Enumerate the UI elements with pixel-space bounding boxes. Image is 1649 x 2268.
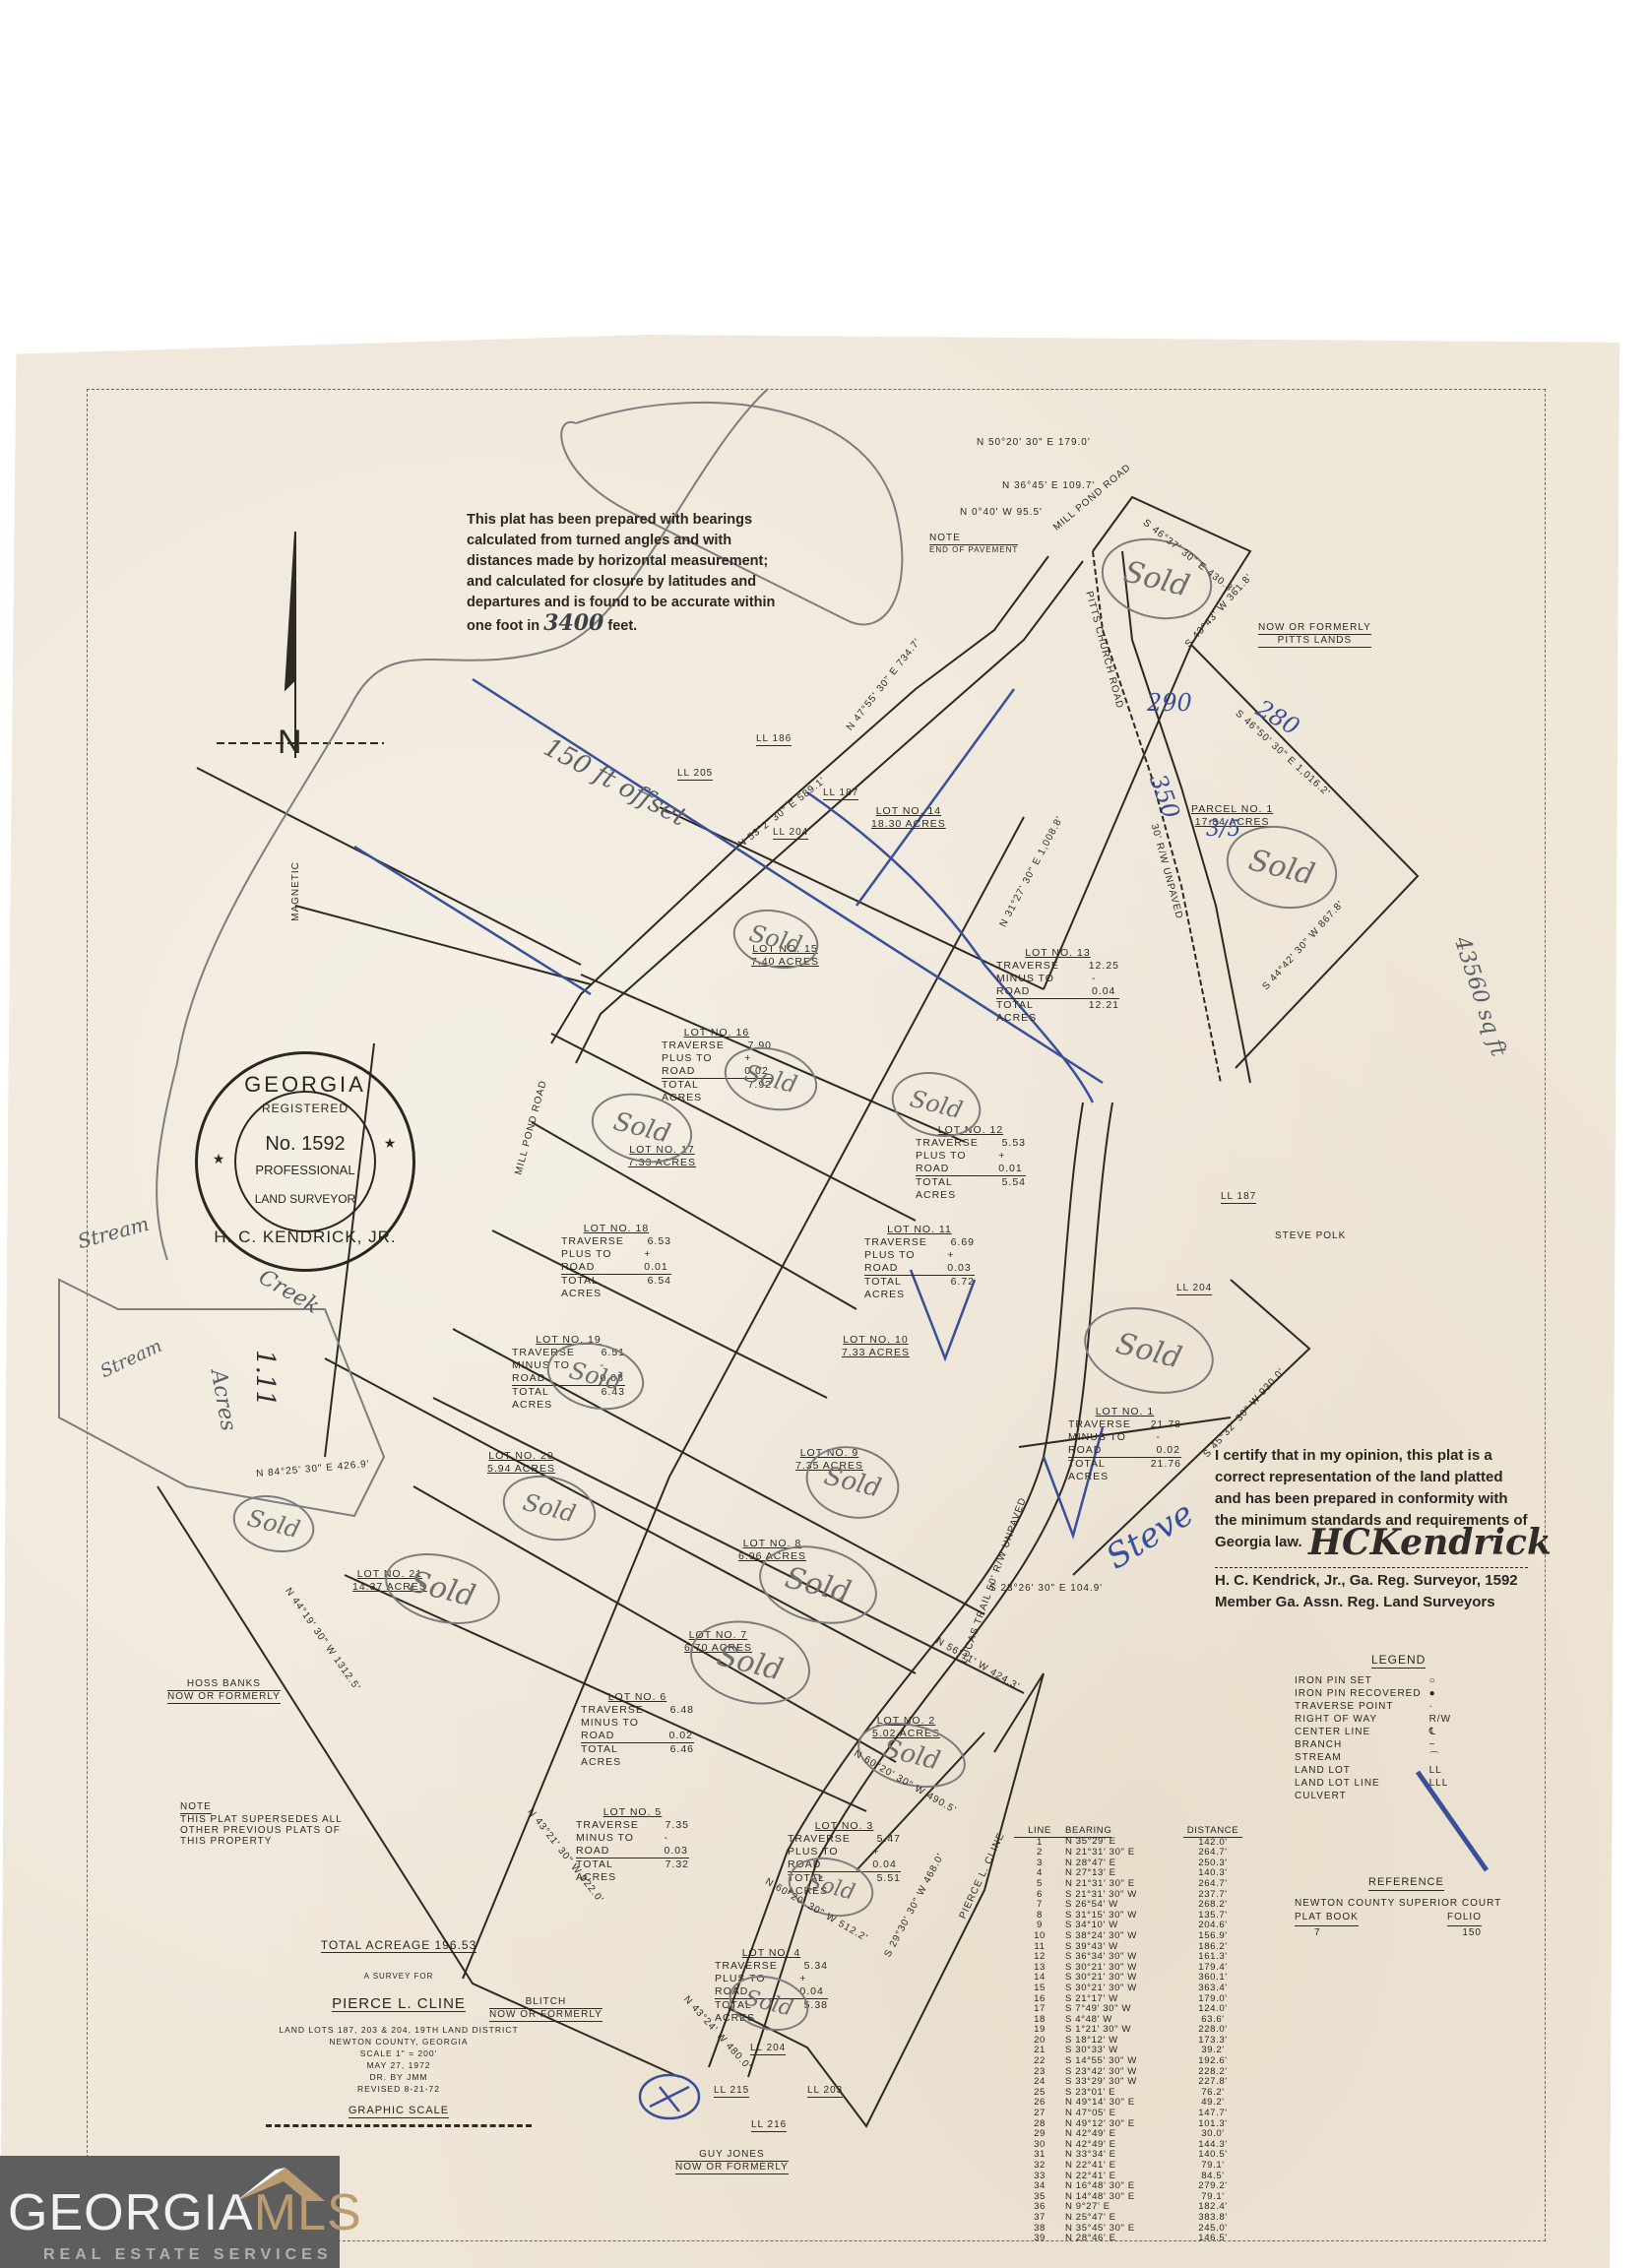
- graphic-scale-bar: [266, 2124, 532, 2130]
- adjoiner-steve-polk: STEVE POLK: [1275, 1230, 1346, 1241]
- parcel-1-name: PARCEL NO. 1: [1191, 803, 1273, 816]
- lot-4-name: LOT NO. 4: [715, 1947, 828, 1960]
- line-bearing: S 38°24' 30" W: [1065, 1931, 1183, 1942]
- legend-label: TRAVERSE POINT: [1295, 1700, 1429, 1713]
- legend-row: IRON PIN SET○: [1295, 1674, 1459, 1687]
- legend-symbol: R/W: [1429, 1713, 1459, 1726]
- legend-label: IRON PIN SET: [1295, 1674, 1429, 1687]
- plat-note-line-2: OTHER PREVIOUS PLATS OF: [180, 1825, 343, 1836]
- lot-18[interactable]: LOT NO. 18 TRAVERSE6.53 PLUS TO ROAD+ 0.…: [561, 1223, 671, 1300]
- lot-6-name: LOT NO. 6: [581, 1691, 694, 1704]
- adjoiner-pitts: NOW OR FORMERLY PITTS LANDS: [1258, 622, 1371, 648]
- lot-13[interactable]: LOT NO. 13 TRAVERSE12.25 MINUS TO ROAD- …: [996, 947, 1119, 1025]
- lot-4-traverse: 5.34: [804, 1960, 828, 1973]
- line-table-grid: LINE BEARING DISTANCE 1N 35°29' E142.0'2…: [1014, 1826, 1242, 2244]
- reference-block: REFERENCE NEWTON COUNTY SUPERIOR COURT P…: [1295, 1875, 1501, 1940]
- legend-symbol: ·: [1429, 1700, 1459, 1713]
- adjoiner-hoss-line2: NOW OR FORMERLY: [167, 1691, 281, 1704]
- drawn-by: DR. BY JMM: [236, 2071, 561, 2083]
- line-distance: 264.7': [1183, 1879, 1242, 1890]
- legend-title: LEGEND: [1371, 1654, 1426, 1669]
- lot-11[interactable]: LOT NO. 11 TRAVERSE6.69 PLUS TO ROAD+ 0.…: [864, 1224, 975, 1301]
- legend-symbol: LLL: [1429, 1777, 1459, 1790]
- ll-216: LL 216: [751, 2119, 787, 2132]
- lot-20[interactable]: LOT NO. 20 5.94 ACRES: [487, 1450, 555, 1476]
- legend-label: STREAM: [1295, 1751, 1429, 1764]
- legend-row: LAND LOT LINELLL: [1295, 1777, 1459, 1790]
- line-table-row: 37N 25°47' E383.8': [1014, 2213, 1242, 2224]
- lot-14-name: LOT NO. 14: [871, 805, 946, 818]
- adjoiner-pitts-line2: PITTS LANDS: [1258, 635, 1371, 648]
- legend-row: CULVERT: [1295, 1790, 1459, 1802]
- legend-symbol: ●: [1429, 1687, 1459, 1700]
- lot-13-adj: - 0.04: [1092, 973, 1119, 998]
- legend-symbol: ~: [1429, 1738, 1459, 1751]
- reference-folio: 150: [1462, 1926, 1482, 1940]
- line-number: 39: [1014, 2234, 1065, 2244]
- lot-10[interactable]: LOT NO. 10 7.33 ACRES: [842, 1334, 910, 1359]
- legend-symbol: [1429, 1790, 1459, 1802]
- lot-12-adj-label: PLUS TO ROAD: [916, 1150, 984, 1175]
- lot-5-total: 7.32: [666, 1858, 689, 1884]
- pavement-note: NOTE END OF PAVEMENT: [929, 533, 1018, 554]
- seal-name: H. C. KENDRICK, JR.: [198, 1228, 412, 1247]
- revised-date: REVISED 8-21-72: [236, 2083, 561, 2095]
- legend-symbol: LL: [1429, 1764, 1459, 1777]
- lot-6-traverse: 6.48: [670, 1704, 694, 1717]
- adjoiner-guy-line1: GUY JONES: [675, 2149, 789, 2162]
- lot-20-name: LOT NO. 20: [487, 1450, 555, 1463]
- line-distance: 363.4': [1183, 1984, 1242, 1994]
- line-number: 37: [1014, 2213, 1065, 2224]
- adjoiner-pitts-line1: NOW OR FORMERLY: [1258, 622, 1371, 635]
- legend-symbol: ⌒: [1429, 1751, 1459, 1764]
- adjoiner-hoss-line1: HOSS BANKS: [167, 1678, 281, 1691]
- magnetic-label: MAGNETIC: [290, 861, 301, 921]
- lot-10-name: LOT NO. 10: [842, 1334, 910, 1347]
- legend-symbol: ○: [1429, 1674, 1459, 1687]
- cert-line-2: correct representation of the land platt…: [1215, 1467, 1528, 1488]
- ll-187-east: LL 187: [1221, 1191, 1256, 1204]
- lot-18-adj-label: PLUS TO ROAD: [561, 1248, 630, 1274]
- seal-registered: REGISTERED: [198, 1102, 412, 1115]
- line-bearing: S 30°21' 30" W: [1065, 1984, 1183, 1994]
- lot-18-traverse: 6.53: [648, 1235, 671, 1248]
- county: NEWTON COUNTY, GEORGIA: [236, 2036, 561, 2047]
- line-number: 15: [1014, 1984, 1065, 1994]
- logo-brand: GEORGIA: [8, 2184, 254, 2241]
- seal-star-left: ★: [111, 1151, 326, 1167]
- legend-row: CENTER LINE℄: [1295, 1726, 1459, 1738]
- legend-row: STREAM⌒: [1295, 1751, 1459, 1764]
- lot-5-traverse: 7.35: [666, 1819, 689, 1832]
- lot-10-acres: 7.33 ACRES: [842, 1347, 910, 1359]
- call-n0: N 0°40' W 95.5': [960, 507, 1043, 518]
- line-table-body: 1N 35°29' E142.0'2N 21°31' 30" E264.7'3N…: [1014, 1837, 1242, 2244]
- cert-line-3: and has been prepared in conformity with: [1215, 1488, 1528, 1510]
- line-table-row: 32N 22°41' E79.1': [1014, 2161, 1242, 2172]
- pavement-note-title: NOTE: [929, 533, 1018, 545]
- ll-215: LL 215: [714, 2085, 749, 2098]
- georgia-mls-logo: GEORGIAMLS REAL ESTATE SERVICES: [0, 2156, 340, 2268]
- lot-13-adj-label: MINUS TO ROAD: [996, 973, 1078, 998]
- lot-11-name: LOT NO. 11: [864, 1224, 975, 1236]
- seal-state: GEORGIA: [198, 1072, 412, 1098]
- plat-note: NOTE THIS PLAT SUPERSEDES ALL OTHER PREV…: [180, 1801, 343, 1847]
- adjoiner-hoss-banks: HOSS BANKS NOW OR FORMERLY: [167, 1678, 281, 1704]
- line-table: LINE BEARING DISTANCE 1N 35°29' E142.0'2…: [1014, 1826, 1242, 2244]
- legend-label: LAND LOT LINE: [1295, 1777, 1429, 1790]
- lot-6-adj-label: MINUS TO ROAD: [581, 1717, 655, 1742]
- legend-row: BRANCH~: [1295, 1738, 1459, 1751]
- accuracy-note-text: This plat has been prepared with bearing…: [467, 512, 775, 634]
- logo-brand-accent: MLS: [254, 2184, 362, 2241]
- lot-5-adj-label: MINUS TO ROAD: [576, 1832, 650, 1858]
- lot-14-acres: 18.30 ACRES: [871, 818, 946, 831]
- line-distance: 156.9': [1183, 1931, 1242, 1942]
- lot-13-total: 12.21: [1089, 999, 1119, 1025]
- line-bearing: N 28°46' E: [1065, 2234, 1183, 2244]
- line-table-row: 39N 28°46' E146.5': [1014, 2234, 1242, 2244]
- legend-row: RIGHT OF WAYR/W: [1295, 1713, 1459, 1726]
- lot-16-name: LOT NO. 16: [662, 1027, 772, 1039]
- lot-12-traverse: 5.53: [1002, 1137, 1026, 1150]
- graphic-scale-label: GRAPHIC SCALE: [349, 2105, 449, 2118]
- reference-plat-book-label: PLAT BOOK: [1295, 1911, 1359, 1926]
- logo-wordmark: GEORGIAMLS: [8, 2183, 362, 2242]
- lot-11-adj-label: PLUS TO ROAD: [864, 1249, 933, 1275]
- lot-12-total: 5.54: [1002, 1176, 1026, 1202]
- lot-13-name: LOT NO. 13: [996, 947, 1119, 960]
- lot-1-name: LOT NO. 1: [1068, 1406, 1181, 1418]
- lot-1-adj: - 0.02: [1156, 1431, 1181, 1457]
- line-distance: 79.1': [1183, 2161, 1242, 2172]
- cert-line-1: I certify that in my opinion, this plat …: [1215, 1445, 1528, 1467]
- adjoiner-guy-jones: GUY JONES NOW OR FORMERLY: [675, 2149, 789, 2174]
- line-distance: 383.8': [1183, 2213, 1242, 2224]
- call-s23-26: S 23°26' 30" E 104.9': [989, 1583, 1103, 1594]
- legend: LEGEND IRON PIN SET○ IRON PIN RECOVERED●…: [1295, 1654, 1459, 1802]
- legend-label: BRANCH: [1295, 1738, 1429, 1751]
- cert-membership: Member Ga. Assn. Reg. Land Surveyors: [1215, 1592, 1528, 1613]
- ll-187-north: LL 187: [823, 787, 858, 800]
- header-distance: DISTANCE: [1183, 1826, 1242, 1837]
- lot-6-adj: - 0.02: [668, 1717, 694, 1742]
- lot-18-adj: + 0.01: [644, 1248, 671, 1274]
- line-distance: 146.5': [1183, 2234, 1242, 2244]
- lot-20-acres: 5.94 ACRES: [487, 1463, 555, 1476]
- reference-folio-label: FOLIO: [1447, 1911, 1482, 1926]
- plat-note-title: NOTE: [180, 1801, 212, 1814]
- lot-3-name: LOT NO. 3: [788, 1820, 901, 1833]
- surveyor-signature: HCKendrick: [1308, 1532, 1552, 1553]
- lot-6-total: 6.46: [670, 1743, 694, 1769]
- lot-5[interactable]: LOT NO. 5 TRAVERSE7.35 MINUS TO ROAD- 0.…: [576, 1806, 689, 1884]
- adjoiner-guy-line2: NOW OR FORMERLY: [675, 2162, 789, 2174]
- lot-1[interactable]: LOT NO. 1 TRAVERSE21.78 MINUS TO ROAD- 0…: [1068, 1406, 1181, 1483]
- legend-symbol: ℄: [1429, 1726, 1459, 1738]
- accuracy-suffix: feet.: [607, 618, 637, 634]
- cert-surveyor: H. C. Kendrick, Jr., Ga. Reg. Surveyor, …: [1215, 1567, 1528, 1592]
- line-table-row: 15S 30°21' 30" W363.4': [1014, 1984, 1242, 1994]
- ll-205: LL 205: [677, 768, 713, 781]
- certification-block: I certify that in my opinion, this plat …: [1215, 1445, 1528, 1613]
- line-number: 32: [1014, 2161, 1065, 2172]
- legend-row: TRAVERSE POINT·: [1295, 1700, 1459, 1713]
- lot-5-adj: - 0.03: [664, 1832, 689, 1858]
- survey-date: MAY 27, 1972: [236, 2059, 561, 2071]
- plat-note-line-3: THIS PROPERTY: [180, 1836, 343, 1847]
- line-bearing: N 21°31' 30" E: [1065, 1879, 1183, 1890]
- legend-label: RIGHT OF WAY: [1295, 1713, 1429, 1726]
- parcel-mark-290: 290: [1147, 689, 1192, 717]
- client-name: PIERCE L. CLINE: [332, 1998, 466, 2012]
- lot-11-total: 6.72: [951, 1276, 975, 1301]
- lot-13-traverse: 12.25: [1089, 960, 1119, 973]
- line-table-row: 5N 21°31' 30" E264.7': [1014, 1879, 1242, 1890]
- line-bearing: N 25°47' E: [1065, 2213, 1183, 2224]
- lot-1-total: 21.76: [1151, 1458, 1181, 1483]
- lot-3-adj: + 0.04: [872, 1846, 901, 1871]
- logo-tagline: REAL ESTATE SERVICES: [43, 2246, 333, 2264]
- legend-label: IRON PIN RECOVERED: [1295, 1687, 1429, 1700]
- line-table-header: LINE BEARING DISTANCE: [1014, 1826, 1242, 1837]
- lot-1-traverse: 21.78: [1151, 1418, 1181, 1431]
- pavement-note-text: END OF PAVEMENT: [929, 545, 1018, 554]
- parcel-mark-315: 3/5: [1206, 817, 1240, 842]
- seal-land-surveyor: LAND SURVEYOR: [198, 1192, 412, 1206]
- lot-18-name: LOT NO. 18: [561, 1223, 671, 1235]
- lot-18-total: 6.54: [648, 1275, 671, 1300]
- legend-table: IRON PIN SET○ IRON PIN RECOVERED● TRAVER…: [1295, 1674, 1459, 1802]
- legend-label: LAND LOT: [1295, 1764, 1429, 1777]
- line-table-row: 10S 38°24' 30" W156.9': [1014, 1931, 1242, 1942]
- lot-11-adj: + 0.03: [947, 1249, 975, 1275]
- line-number: 10: [1014, 1931, 1065, 1942]
- legend-row: LAND LOTLL: [1295, 1764, 1459, 1777]
- lot-3-traverse: 5.47: [877, 1833, 901, 1846]
- lot-3-total: 5.51: [877, 1872, 901, 1898]
- legend-label: CENTER LINE: [1295, 1726, 1429, 1738]
- reference-court: NEWTON COUNTY SUPERIOR COURT: [1295, 1897, 1501, 1911]
- lot-16-adj-label: PLUS TO ROAD: [662, 1052, 730, 1078]
- legend-row: IRON PIN RECOVERED●: [1295, 1687, 1459, 1700]
- accuracy-ratio: 3400: [543, 610, 603, 636]
- lot-14[interactable]: LOT NO. 14 18.30 ACRES: [871, 805, 946, 831]
- lot-12-adj: + 0.01: [998, 1150, 1026, 1175]
- call-n36: N 36°45' E 109.7': [1002, 480, 1095, 491]
- handwritten-acres-111: 1.11: [250, 1350, 280, 1407]
- title-block: TOTAL ACREAGE 196.53 A SURVEY FOR PIERCE…: [236, 1939, 561, 2130]
- accuracy-note: This plat has been prepared with bearing…: [467, 510, 792, 637]
- header-line: LINE: [1014, 1826, 1065, 1837]
- survey-for: A SURVEY FOR: [236, 1971, 561, 1983]
- land-lots: LAND LOTS 187, 203 & 204, 19TH LAND DIST…: [236, 2024, 561, 2036]
- lot-6[interactable]: LOT NO. 6 TRAVERSE6.48 MINUS TO ROAD- 0.…: [581, 1691, 694, 1769]
- ll-186: LL 186: [756, 733, 792, 746]
- line-number: 5: [1014, 1879, 1065, 1890]
- ll-204-east: LL 204: [1176, 1283, 1212, 1295]
- reference-plat-book: 7: [1314, 1926, 1321, 1940]
- scale: SCALE 1" = 200': [236, 2047, 561, 2059]
- lot-11-traverse: 6.69: [951, 1236, 975, 1249]
- surveyor-seal: GEORGIA REGISTERED No. 1592 PROFESSIONAL…: [195, 1051, 415, 1272]
- ll-204-south: LL 204: [750, 2043, 786, 2055]
- line-bearing: N 22°41' E: [1065, 2161, 1183, 2172]
- lot-1-adj-label: MINUS TO ROAD: [1068, 1431, 1142, 1457]
- north-arrow-label: N: [278, 724, 302, 762]
- plat-note-line-1: THIS PLAT SUPERSEDES ALL: [180, 1814, 343, 1825]
- total-acreage: TOTAL ACREAGE 196.53: [321, 1939, 477, 1953]
- ll-203: LL 203: [807, 2085, 843, 2098]
- legend-label: CULVERT: [1295, 1790, 1429, 1802]
- lot-5-name: LOT NO. 5: [576, 1806, 689, 1819]
- seal-star-right: ★: [283, 1135, 497, 1152]
- reference-title: REFERENCE: [1368, 1875, 1444, 1891]
- call-n50: N 50°20' 30" E 179.0': [977, 437, 1091, 448]
- ll-204-north: LL 204: [773, 827, 808, 840]
